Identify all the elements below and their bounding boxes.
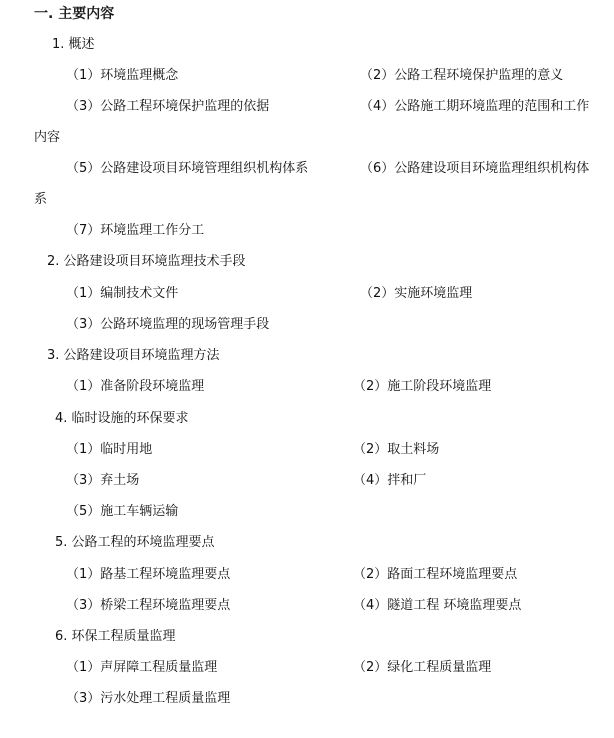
list-item: （3）桥梁工程环境监理要点 — [66, 598, 230, 614]
list-item: （4）拌和厂 — [353, 473, 426, 489]
list-item: （1）路基工程环境监理要点 — [66, 567, 230, 583]
list-item: （2）取土料场 — [353, 442, 439, 458]
list-item: （4）隧道工程 环境监理要点 — [353, 598, 521, 614]
list-item: （2）绿化工程质量监理 — [353, 660, 491, 676]
list-item: （3）公路工程环境保护监理的依据 — [66, 99, 269, 115]
list-item: （2）路面工程环境监理要点 — [353, 567, 517, 583]
list-item: （2）公路工程环境保护监理的意义 — [360, 68, 563, 84]
main-heading: 一. 主要内容 — [34, 6, 114, 22]
list-item: （4）公路施工期环境监理的范围和工作 — [360, 99, 589, 115]
section-title: 4. 临时设施的环保要求 — [55, 411, 189, 427]
list-item: （2）实施环境监理 — [360, 286, 472, 302]
section-title: 1. 概述 — [52, 37, 95, 53]
list-item: （1）环境监理概念 — [66, 68, 178, 84]
list-item: （6）公路建设项目环境监理组织机构体 — [360, 161, 589, 177]
list-item: （2）施工阶段环境监理 — [353, 379, 491, 395]
list-item-continuation: 内容 — [34, 130, 60, 146]
list-item: （5）公路建设项目环境管理组织机构体系 — [66, 161, 308, 177]
list-item: （5）施工车辆运输 — [66, 504, 178, 520]
list-item: （7）环境监理工作分工 — [66, 223, 204, 239]
list-item: （1）编制技术文件 — [66, 286, 178, 302]
list-item: （1）临时用地 — [66, 442, 152, 458]
list-item-continuation: 系 — [34, 192, 47, 208]
section-title: 2. 公路建设项目环境监理技术手段 — [47, 254, 246, 270]
section-title: 5. 公路工程的环境监理要点 — [55, 535, 215, 551]
list-item: （3）弃土场 — [66, 473, 139, 489]
list-item: （3）污水处理工程质量监理 — [66, 691, 230, 707]
section-title: 3. 公路建设项目环境监理方法 — [47, 348, 220, 364]
section-title: 6. 环保工程质量监理 — [55, 629, 176, 645]
list-item: （1）声屏障工程质量监理 — [66, 660, 217, 676]
list-item: （1）准备阶段环境监理 — [66, 379, 204, 395]
list-item: （3）公路环境监理的现场管理手段 — [66, 317, 269, 333]
